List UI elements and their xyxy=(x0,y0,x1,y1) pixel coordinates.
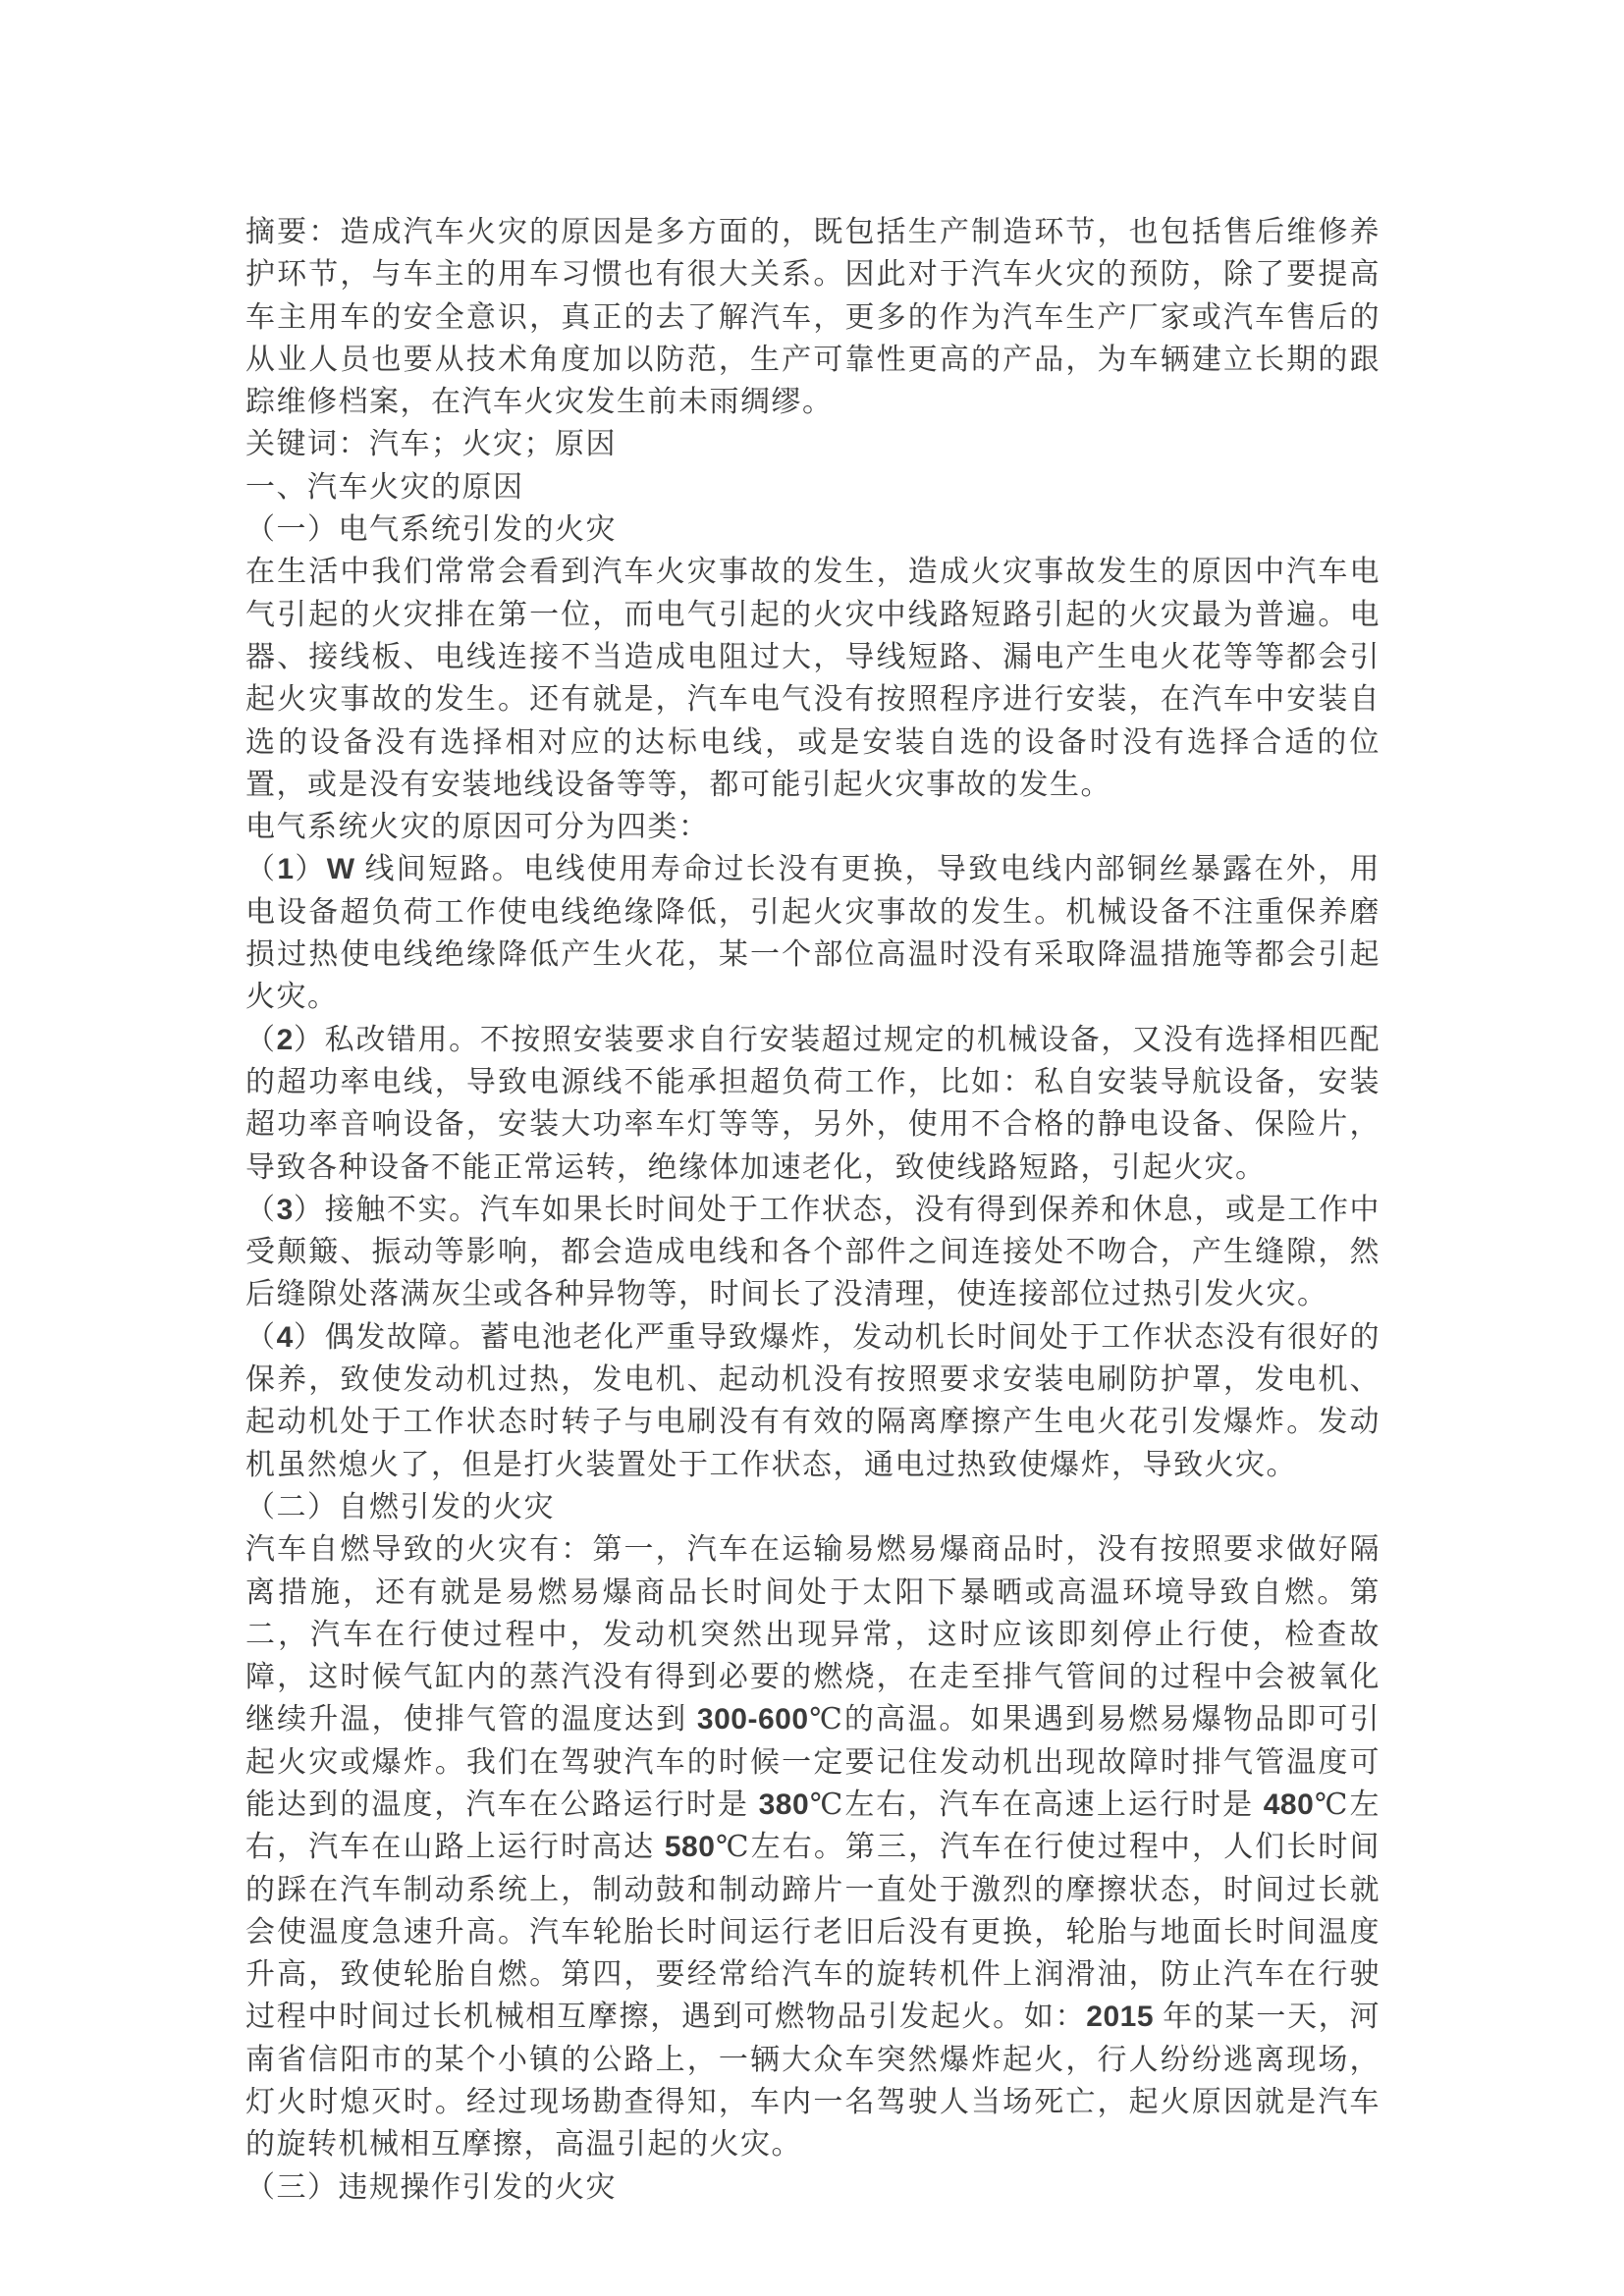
subsection-heading-1-2: （二）自燃引发的火灾 xyxy=(245,1486,1380,1528)
abstract-paragraph: 摘要：造成汽车火灾的原因是多方面的，既包括生产制造环节，也包括售后维修养护环节，… xyxy=(245,211,1380,423)
list-item-1-wire-short-circuit: （1）W 线间短路。电线使用寿命过长没有更换，导致电线内部铜丝暴露在外，用电设备… xyxy=(245,848,1380,1018)
subsection-heading-1-3: （三）违规操作引发的火灾 xyxy=(245,2166,1380,2209)
document-page: 摘要：造成汽车火灾的原因是多方面的，既包括生产制造环节，也包括售后维修养护环节，… xyxy=(0,0,1624,2296)
body-paragraph-self-ignition: 汽车自燃导致的火灾有：第一，汽车在运输易燃易爆商品时，没有按照要求做好隔离措施，… xyxy=(245,1528,1380,2165)
subsection-heading-1-1: （一）电气系统引发的火灾 xyxy=(245,508,1380,551)
document-body: 摘要：造成汽车火灾的原因是多方面的，既包括生产制造环节，也包括售后维修养护环节，… xyxy=(245,211,1380,2209)
section-heading-1: 一、汽车火灾的原因 xyxy=(245,466,1380,508)
list-item-3-poor-contact: （3）接触不实。汽车如果长时间处于工作状态，没有得到保养和休息，或是工作中受颠簸… xyxy=(245,1189,1380,1316)
body-paragraph-electrical-intro: 在生活中我们常常会看到汽车火灾事故的发生，造成火灾事故发生的原因中汽车电气引起的… xyxy=(245,551,1380,806)
keywords-line: 关键词：汽车；火灾；原因 xyxy=(245,423,1380,465)
list-item-4-incidental-fault: （4）偶发故障。蓄电池老化严重导致爆炸，发动机长时间处于工作状态没有很好的保养，… xyxy=(245,1316,1380,1486)
body-paragraph-four-types-lead: 电气系统火灾的原因可分为四类： xyxy=(245,806,1380,848)
list-item-2-unauthorized-modification: （2）私改错用。不按照安装要求自行安装超过规定的机械设备，又没有选择相匹配的超功… xyxy=(245,1019,1380,1189)
